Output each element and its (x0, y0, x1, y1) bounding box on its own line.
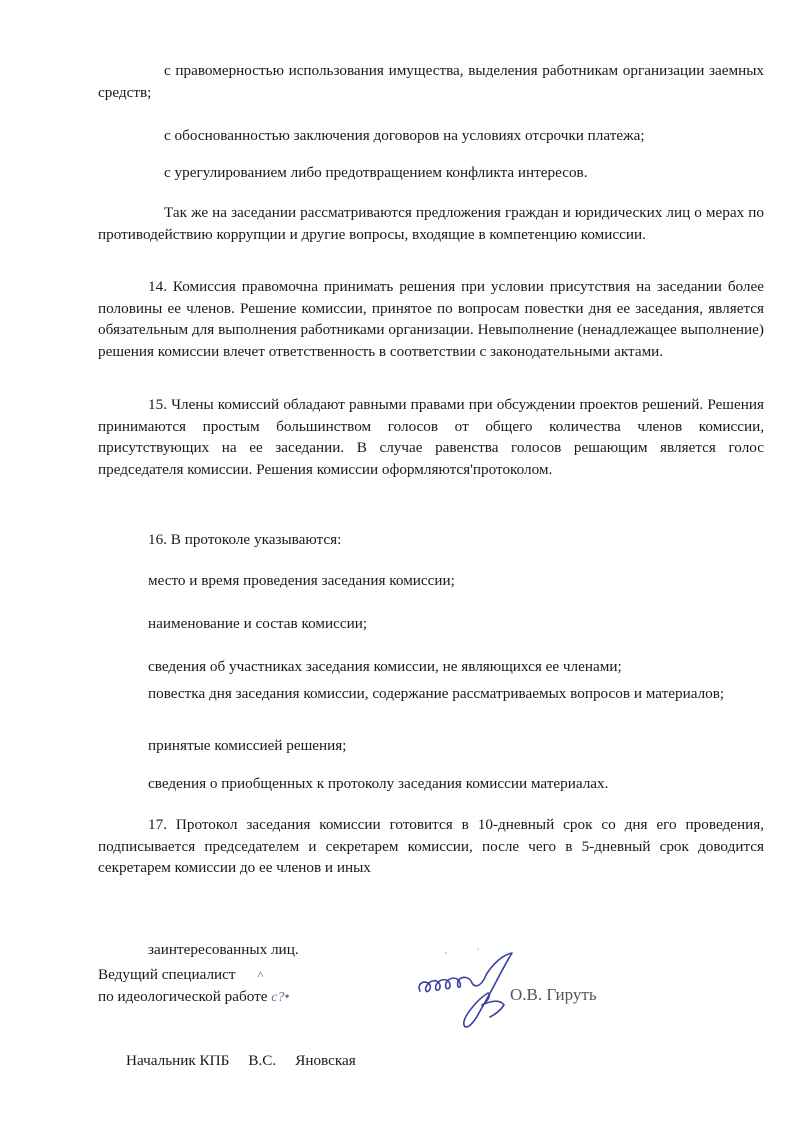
paragraph-deferred-payment: с обоснованностью заключения договоров н… (98, 125, 764, 147)
paragraph-item-14: 14. Комиссия правомочна принимать решени… (98, 276, 764, 362)
list-item-participants: сведения об участниках заседания комисси… (98, 656, 764, 678)
paragraph-item-15: 15. Члены комиссий обладают равными прав… (98, 394, 764, 480)
list-item-name-composition: наименование и состав комиссии; (98, 613, 764, 635)
list-item-attached-materials: сведения о приобщенных к протоколу засед… (98, 773, 764, 795)
position-title: Ведущий специалист (98, 966, 236, 983)
signature-position-block: Ведущий специалист^ по идеологической ра… (98, 964, 289, 1008)
paragraph-citizen-proposals: Так же на заседании рассматриваются пред… (98, 202, 764, 245)
position-line-2: по идеологической работе c?• (98, 986, 289, 1008)
position-department: по идеологической работе (98, 988, 268, 1005)
scan-artifact-mark: c?• (271, 990, 289, 1005)
list-item-decisions: принятые комиссией решения; (98, 735, 764, 757)
paragraph-conflict-of-interest: с урегулированием либо предотвращением к… (98, 162, 764, 184)
paragraph-item-17: 17. Протокол заседания комиссии готовитс… (98, 814, 764, 879)
document-page: с правомерностью использования имущества… (0, 0, 802, 1128)
paragraph-property-legality: с правомерностью использования имущества… (98, 60, 764, 103)
caret-mark: ^ (258, 968, 264, 982)
list-item-place-time: место и время проведения заседания комис… (98, 570, 764, 592)
position-line-1: Ведущий специалист^ (98, 964, 289, 986)
paragraph-item-16-heading: 16. В протоколе указываются: (98, 529, 764, 551)
list-item-agenda: повестка дня заседания комиссии, содержа… (98, 683, 764, 705)
footer-approval-line: Начальник КПБ В.С. Яновская (126, 1052, 356, 1070)
signer-name: О.В. Гируть (510, 985, 597, 1005)
